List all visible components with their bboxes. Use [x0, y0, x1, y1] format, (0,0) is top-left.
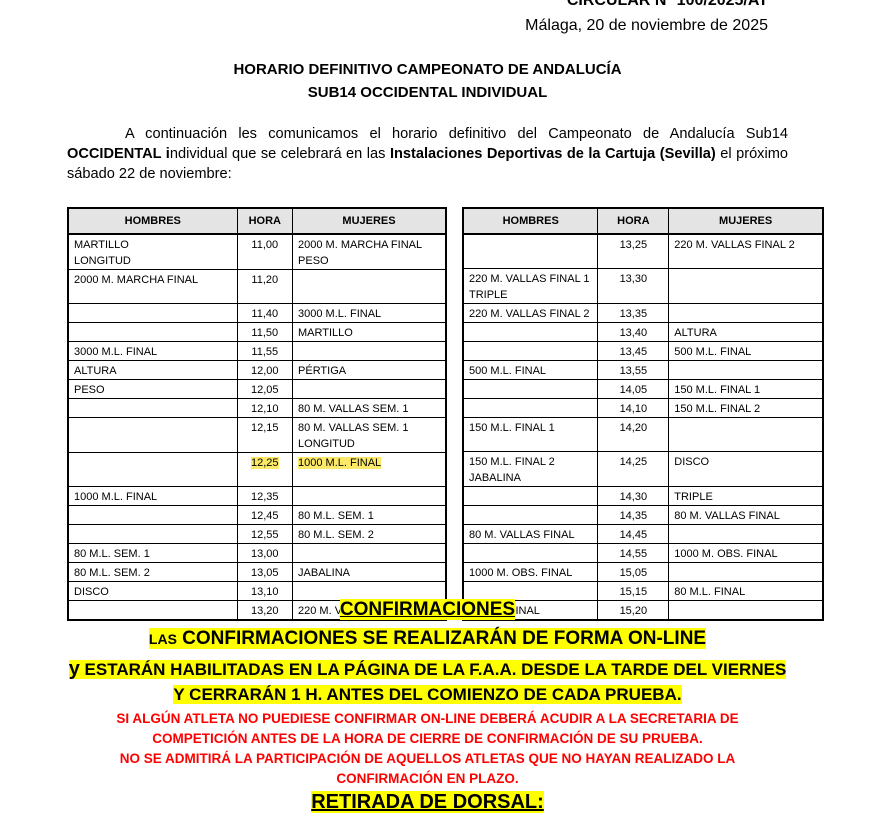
- event-men: [463, 398, 598, 417]
- event-men: 1000 M. OBS. FINAL: [463, 562, 598, 581]
- table-row: 12,5580 M.L. SEM. 2: [68, 525, 446, 544]
- event-men: 80 M.L. SEM. 2: [68, 563, 237, 582]
- event-women: TRIPLE: [669, 486, 823, 505]
- event-time: 14,35: [598, 505, 669, 524]
- event-women: 3000 M.L. FINAL: [293, 304, 446, 323]
- event-women: 80 M. VALLAS SEM. 1: [293, 399, 446, 418]
- header-men: HOMBRES: [68, 208, 237, 234]
- event-women: PÉRTIGA: [293, 361, 446, 380]
- table-row: 500 M.L. FINAL13,55: [463, 360, 823, 379]
- event-men: [68, 453, 237, 487]
- event-women: 80 M.L. FINAL: [669, 581, 823, 600]
- event-time: 13,35: [598, 303, 669, 322]
- event-women: [669, 268, 823, 303]
- event-time: 12,15: [237, 418, 293, 453]
- event-women: 80 M. VALLAS SEM. 1LONGITUD: [293, 418, 446, 453]
- event-women: [293, 342, 446, 361]
- schedule-table-right: HOMBRES HORA MUJERES 13,25220 M. VALLAS …: [462, 207, 824, 621]
- event-women: [293, 270, 446, 304]
- table-row: 14,10150 M.L. FINAL 2: [463, 398, 823, 417]
- event-time: 15,05: [598, 562, 669, 581]
- event-women: ALTURA: [669, 322, 823, 341]
- confirmations-heading: CONFIRMACIONES: [0, 599, 855, 621]
- table-row: 14,05150 M.L. FINAL 1: [463, 379, 823, 398]
- event-time: 14,30: [598, 486, 669, 505]
- event-men: [68, 525, 237, 544]
- table-row: 2000 M. MARCHA FINAL11,20: [68, 270, 446, 304]
- event-women: [293, 544, 446, 563]
- event-women: 1000 M.L. FINAL: [293, 453, 446, 487]
- table-row: 11,403000 M.L. FINAL: [68, 304, 446, 323]
- table-row: 80 M. VALLAS FINAL14,45: [463, 524, 823, 543]
- table-header-row: HOMBRES HORA MUJERES: [463, 208, 823, 234]
- event-time: 14,20: [598, 417, 669, 451]
- event-men: [463, 379, 598, 398]
- event-time: 13,45: [598, 341, 669, 360]
- event-time: 13,55: [598, 360, 669, 379]
- event-time: 14,55: [598, 543, 669, 562]
- event-men: MARTILLOLONGITUD: [68, 234, 237, 270]
- event-men: [68, 399, 237, 418]
- event-time: 13,40: [598, 322, 669, 341]
- event-time: 11,55: [237, 342, 293, 361]
- header-time: HORA: [598, 208, 669, 234]
- event-time: 14,45: [598, 524, 669, 543]
- event-time: 12,00: [237, 361, 293, 380]
- table-row: DISCO13,10: [68, 582, 446, 601]
- table-row: 150 M.L. FINAL 114,20: [463, 417, 823, 451]
- table-row: 14,3580 M. VALLAS FINAL: [463, 505, 823, 524]
- table-row: 80 M.L. SEM. 213,05JABALINA: [68, 563, 446, 582]
- event-women: 220 M. VALLAS FINAL 2: [669, 234, 823, 268]
- intro-line-3: sábado 22 de noviembre:: [67, 166, 232, 182]
- table-row: 12,1080 M. VALLAS SEM. 1: [68, 399, 446, 418]
- event-time: 14,10: [598, 398, 669, 417]
- event-women: [669, 524, 823, 543]
- table-row: 12,4580 M.L. SEM. 1: [68, 506, 446, 525]
- event-men: [463, 341, 598, 360]
- intro-venue: Instalaciones Deportivas de la Cartuja (…: [390, 146, 716, 162]
- table-row: 13,25220 M. VALLAS FINAL 2: [463, 234, 823, 268]
- event-time: 14,05: [598, 379, 669, 398]
- event-women: 150 M.L. FINAL 2: [669, 398, 823, 417]
- event-men: 3000 M.L. FINAL: [68, 342, 237, 361]
- event-women: 80 M.L. SEM. 1: [293, 506, 446, 525]
- event-men: 2000 M. MARCHA FINAL: [68, 270, 237, 304]
- table-row: 14,551000 M. OBS. FINAL: [463, 543, 823, 562]
- intro-end: el próximo: [716, 146, 788, 162]
- table-row: 1000 M.L. FINAL12,35: [68, 487, 446, 506]
- event-men: [463, 486, 598, 505]
- event-women: [669, 562, 823, 581]
- event-time: 12,10: [237, 399, 293, 418]
- table-row: ALTURA12,00PÉRTIGA: [68, 361, 446, 380]
- event-men: [463, 581, 598, 600]
- header-men: HOMBRES: [463, 208, 598, 234]
- event-time: 11,00: [237, 234, 293, 270]
- intro-paragraph: A continuación les comunicamos el horari…: [67, 124, 788, 184]
- table-row: 15,1580 M.L. FINAL: [463, 581, 823, 600]
- confirmations-line-3: Y CERRARÁN 1 H. ANTES DEL COMIENZO DE CA…: [0, 685, 855, 705]
- event-women: 80 M. VALLAS FINAL: [669, 505, 823, 524]
- event-men: ALTURA: [68, 361, 237, 380]
- event-time: 12,55: [237, 525, 293, 544]
- table-row: PESO12,05: [68, 380, 446, 399]
- event-men: PESO: [68, 380, 237, 399]
- table-row: 150 M.L. FINAL 2JABALINA14,25DISCO: [463, 451, 823, 486]
- event-men: [68, 323, 237, 342]
- event-women: [669, 303, 823, 322]
- event-time: 12,25: [237, 453, 293, 487]
- event-men: 220 M. VALLAS FINAL 2: [463, 303, 598, 322]
- document-subtitle: SUB14 OCCIDENTAL INDIVIDUAL: [0, 84, 855, 101]
- event-women: 500 M.L. FINAL: [669, 341, 823, 360]
- header-women: MUJERES: [669, 208, 823, 234]
- event-women: [293, 582, 446, 601]
- event-men: [463, 505, 598, 524]
- event-time: 12,45: [237, 506, 293, 525]
- table-row: 220 M. VALLAS FINAL 213,35: [463, 303, 823, 322]
- event-men: DISCO: [68, 582, 237, 601]
- table-row: 14,30TRIPLE: [463, 486, 823, 505]
- date-line: Málaga, 20 de noviembre de 2025: [525, 17, 768, 35]
- circular-number: CIRCULAR Nº 100/2025/AT: [567, 0, 768, 10]
- event-men: 220 M. VALLAS FINAL 1TRIPLE: [463, 268, 598, 303]
- event-men: [463, 234, 598, 268]
- event-time: 12,35: [237, 487, 293, 506]
- intro-bold-occidental: OCCIDENTAL i: [67, 146, 170, 162]
- table-row: MARTILLOLONGITUD11,002000 M. MARCHA FINA…: [68, 234, 446, 270]
- event-time: 13,30: [598, 268, 669, 303]
- event-women: 150 M.L. FINAL 1: [669, 379, 823, 398]
- confirmations-line-2: y ESTARÁN HABILITADAS EN LA PÁGINA DE LA…: [0, 658, 855, 681]
- event-women: [669, 417, 823, 451]
- event-time: 13,05: [237, 563, 293, 582]
- event-time: 11,50: [237, 323, 293, 342]
- event-men: 80 M.L. SEM. 1: [68, 544, 237, 563]
- event-men: 150 M.L. FINAL 2JABALINA: [463, 451, 598, 486]
- event-women: DISCO: [669, 451, 823, 486]
- table-row: 3000 M.L. FINAL11,55: [68, 342, 446, 361]
- event-time: 11,40: [237, 304, 293, 323]
- table-header-row: HOMBRES HORA MUJERES: [68, 208, 446, 234]
- event-men: [68, 418, 237, 453]
- event-women: JABALINA: [293, 563, 446, 582]
- event-women: [293, 487, 446, 506]
- event-time: 14,25: [598, 451, 669, 486]
- confirmations-line-1: LAS CONFIRMACIONES SE REALIZARÁN DE FORM…: [0, 628, 855, 650]
- table-row: 13,45500 M.L. FINAL: [463, 341, 823, 360]
- event-men: [463, 322, 598, 341]
- header-women: MUJERES: [293, 208, 446, 234]
- table-row: 80 M.L. SEM. 113,00: [68, 544, 446, 563]
- event-women: 1000 M. OBS. FINAL: [669, 543, 823, 562]
- table-row: 220 M. VALLAS FINAL 1TRIPLE13,30: [463, 268, 823, 303]
- event-time: 15,15: [598, 581, 669, 600]
- event-men: [68, 304, 237, 323]
- bib-pickup-heading: RETIRADA DE DORSAL:: [0, 791, 855, 814]
- intro-text: ndividual que se celebrará en las: [170, 146, 390, 162]
- event-time: 13,00: [237, 544, 293, 563]
- document-title: HORARIO DEFINITIVO CAMPEONATO DE ANDALUC…: [0, 61, 855, 78]
- event-men: [463, 543, 598, 562]
- header-time: HORA: [237, 208, 293, 234]
- event-women: [669, 360, 823, 379]
- schedule-table-left: HOMBRES HORA MUJERES MARTILLOLONGITUD11,…: [67, 207, 447, 621]
- table-row: 12,251000 M.L. FINAL: [68, 453, 446, 487]
- event-women: [293, 380, 446, 399]
- table-row: 11,50MARTILLO: [68, 323, 446, 342]
- event-men: 1000 M.L. FINAL: [68, 487, 237, 506]
- event-time: 13,25: [598, 234, 669, 268]
- event-men: 80 M. VALLAS FINAL: [463, 524, 598, 543]
- event-women: 80 M.L. SEM. 2: [293, 525, 446, 544]
- event-men: [68, 506, 237, 525]
- event-men: 500 M.L. FINAL: [463, 360, 598, 379]
- table-row: 13,40ALTURA: [463, 322, 823, 341]
- event-time: 13,10: [237, 582, 293, 601]
- event-women: 2000 M. MARCHA FINALPESO: [293, 234, 446, 270]
- intro-line-1: A continuación les comunicamos el horari…: [125, 126, 788, 142]
- table-row: 1000 M. OBS. FINAL15,05: [463, 562, 823, 581]
- table-row: 12,1580 M. VALLAS SEM. 1LONGITUD: [68, 418, 446, 453]
- event-time: 12,05: [237, 380, 293, 399]
- event-men: 150 M.L. FINAL 1: [463, 417, 598, 451]
- confirmation-warning: SI ALGÚN ATLETA NO PUEDIESE CONFIRMAR ON…: [0, 709, 855, 789]
- event-time: 11,20: [237, 270, 293, 304]
- event-women: MARTILLO: [293, 323, 446, 342]
